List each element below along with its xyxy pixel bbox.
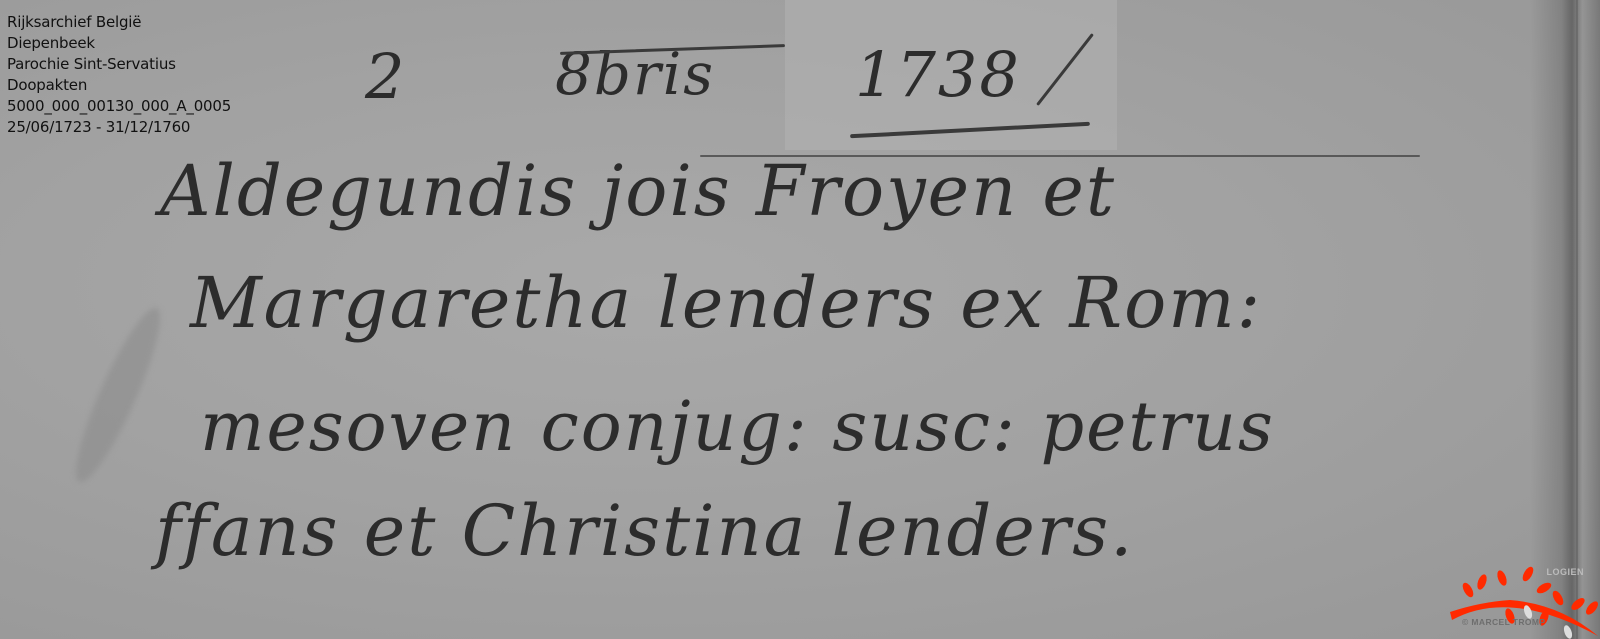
document-image-viewer: Rijksarchief België Diepenbeek Parochie … [0, 0, 1600, 639]
handwritten-line-1: Aldegundis jois Froyen et [160, 150, 1116, 232]
handwritten-line-4: ffans et Christina lenders. [155, 490, 1134, 572]
ink-smudge [63, 301, 173, 489]
handwritten-line-3: mesoven conjug: susc: petrus [200, 388, 1275, 467]
watermark-logo: LOGIEN © MARCEL TROMP [1440, 560, 1600, 639]
record-type: Doopakten [7, 75, 231, 96]
inventory-code: 5000_000_00130_000_A_0005 [7, 96, 231, 117]
handwritten-line-2: Margaretha lenders ex Rom: [190, 262, 1262, 344]
entry-day: 2 [365, 40, 406, 113]
branch-leaves-icon [1440, 560, 1600, 639]
parish: Parochie Sint-Servatius [7, 54, 231, 75]
page-fold-line [1576, 0, 1578, 639]
watermark-copyright: © MARCEL TROMP [1462, 617, 1545, 627]
date-range: 25/06/1723 - 31/12/1760 [7, 117, 231, 138]
entry-year: 1738 [855, 38, 1021, 111]
municipality: Diepenbeek [7, 33, 231, 54]
archive-metadata-overlay: Rijksarchief België Diepenbeek Parochie … [7, 12, 231, 138]
archive-name: Rijksarchief België [7, 12, 231, 33]
page-binding-edge [1530, 0, 1600, 639]
